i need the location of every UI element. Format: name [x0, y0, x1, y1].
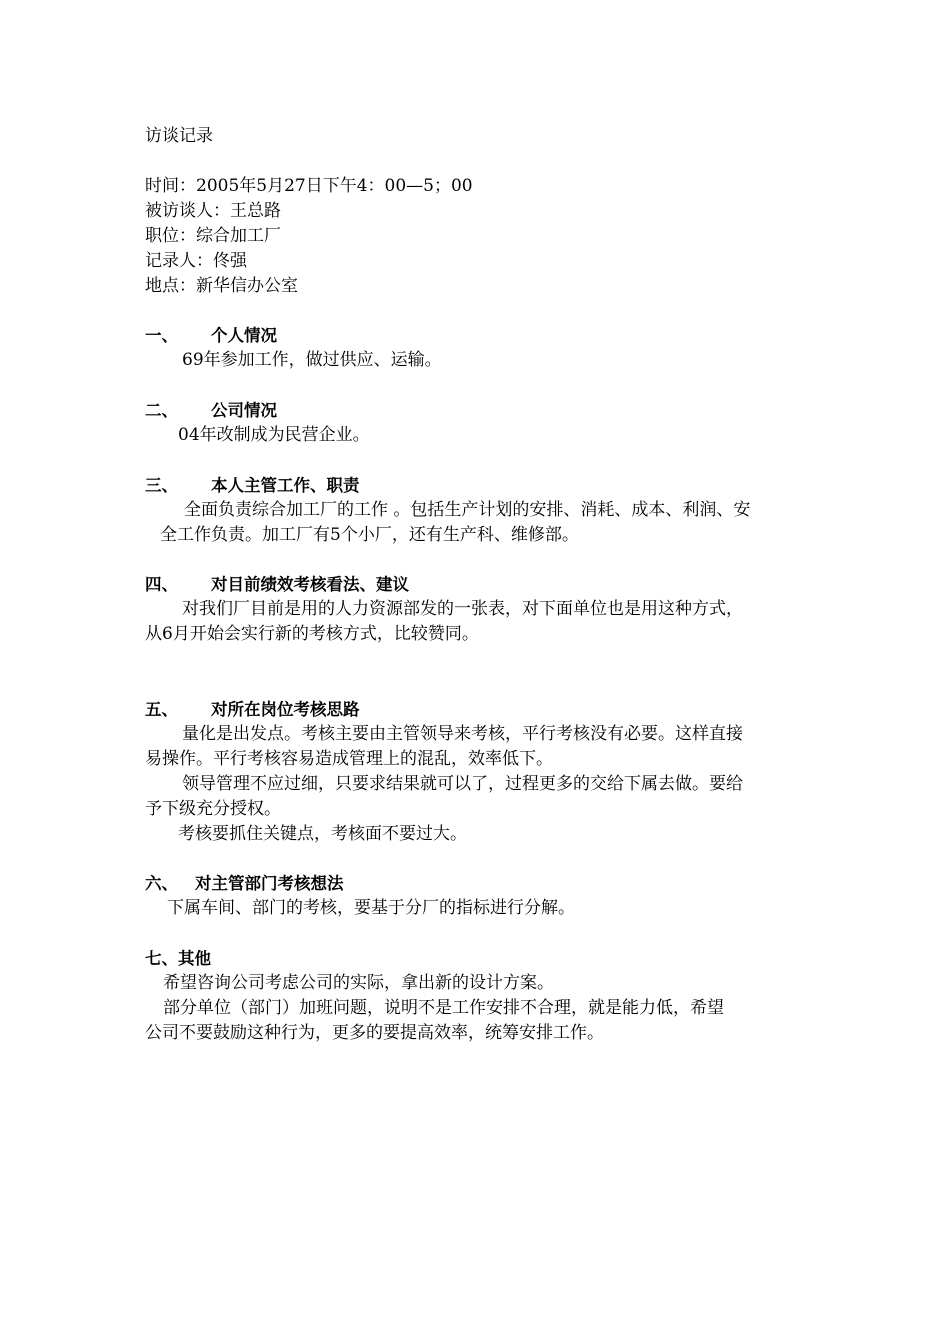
section-4-para-1: 对我们厂目前是用的人力资源部发的一张表，对下面单位也是用这种方式， — [182, 597, 743, 622]
section-5-para-5: 考核要抓住关键点，考核面不要过大。 — [178, 822, 467, 847]
section-heading-2: 二、公司情况 — [145, 398, 277, 423]
section-3-para-2: 全工作负责。加工厂有5个小厂，还有生产科、维修部。 — [160, 523, 579, 548]
section-1-para-1: 69年参加工作，做过供应、运输。 — [182, 348, 442, 373]
section-6-para-1: 下属车间、部门的考核，要基于分厂的指标进行分解。 — [167, 896, 575, 921]
section-7-para-2: 部分单位（部门）加班问题，说明不是工作安排不合理，就是能力低，希望 — [163, 996, 724, 1021]
section-2-para-1: 04年改制成为民营企业。 — [178, 423, 370, 448]
section-heading-5: 五、对所在岗位考核思路 — [145, 697, 360, 722]
section-heading-7: 七、其他 — [145, 946, 211, 971]
section-4-para-2: 从6月开始会实行新的考核方式，比较赞同。 — [145, 622, 479, 647]
section-5-para-4: 予下级充分授权。 — [145, 797, 281, 822]
document-title: 访谈记录 — [145, 124, 213, 149]
section-heading-1: 一、个人情况 — [145, 323, 277, 348]
section-heading-3: 三、本人主管工作、职责 — [145, 473, 360, 498]
section-5-para-1: 量化是出发点。考核主要由主管领导来考核，平行考核没有必要。这样直接 — [182, 722, 743, 747]
meta-position: 职位：综合加工厂 — [145, 224, 281, 249]
section-heading-4: 四、对目前绩效考核看法、建议 — [145, 572, 409, 597]
meta-recorder: 记录人：佟强 — [145, 249, 247, 274]
section-3-para-1: 全面负责综合加工厂的工作 。包括生产计划的安排、消耗、成本、利润、安 — [184, 498, 750, 523]
meta-location: 地点：新华信办公室 — [145, 274, 298, 299]
meta-time: 时间：2005年5月27日下午4：00—5；00 — [145, 174, 473, 199]
document-page: 访谈记录 时间：2005年5月27日下午4：00—5；00 被访谈人：王总路 职… — [0, 0, 950, 1344]
meta-interviewee: 被访谈人：王总路 — [145, 199, 281, 224]
section-heading-6: 六、对主管部门考核想法 — [145, 871, 344, 896]
section-7-para-1: 希望咨询公司考虑公司的实际，拿出新的设计方案。 — [163, 971, 554, 996]
section-5-para-2: 易操作。平行考核容易造成管理上的混乱，效率低下。 — [145, 747, 553, 772]
section-5-para-3: 领导管理不应过细，只要求结果就可以了，过程更多的交给下属去做。要给 — [182, 772, 743, 797]
section-7-para-3: 公司不要鼓励这种行为，更多的要提高效率，统筹安排工作。 — [145, 1021, 604, 1046]
